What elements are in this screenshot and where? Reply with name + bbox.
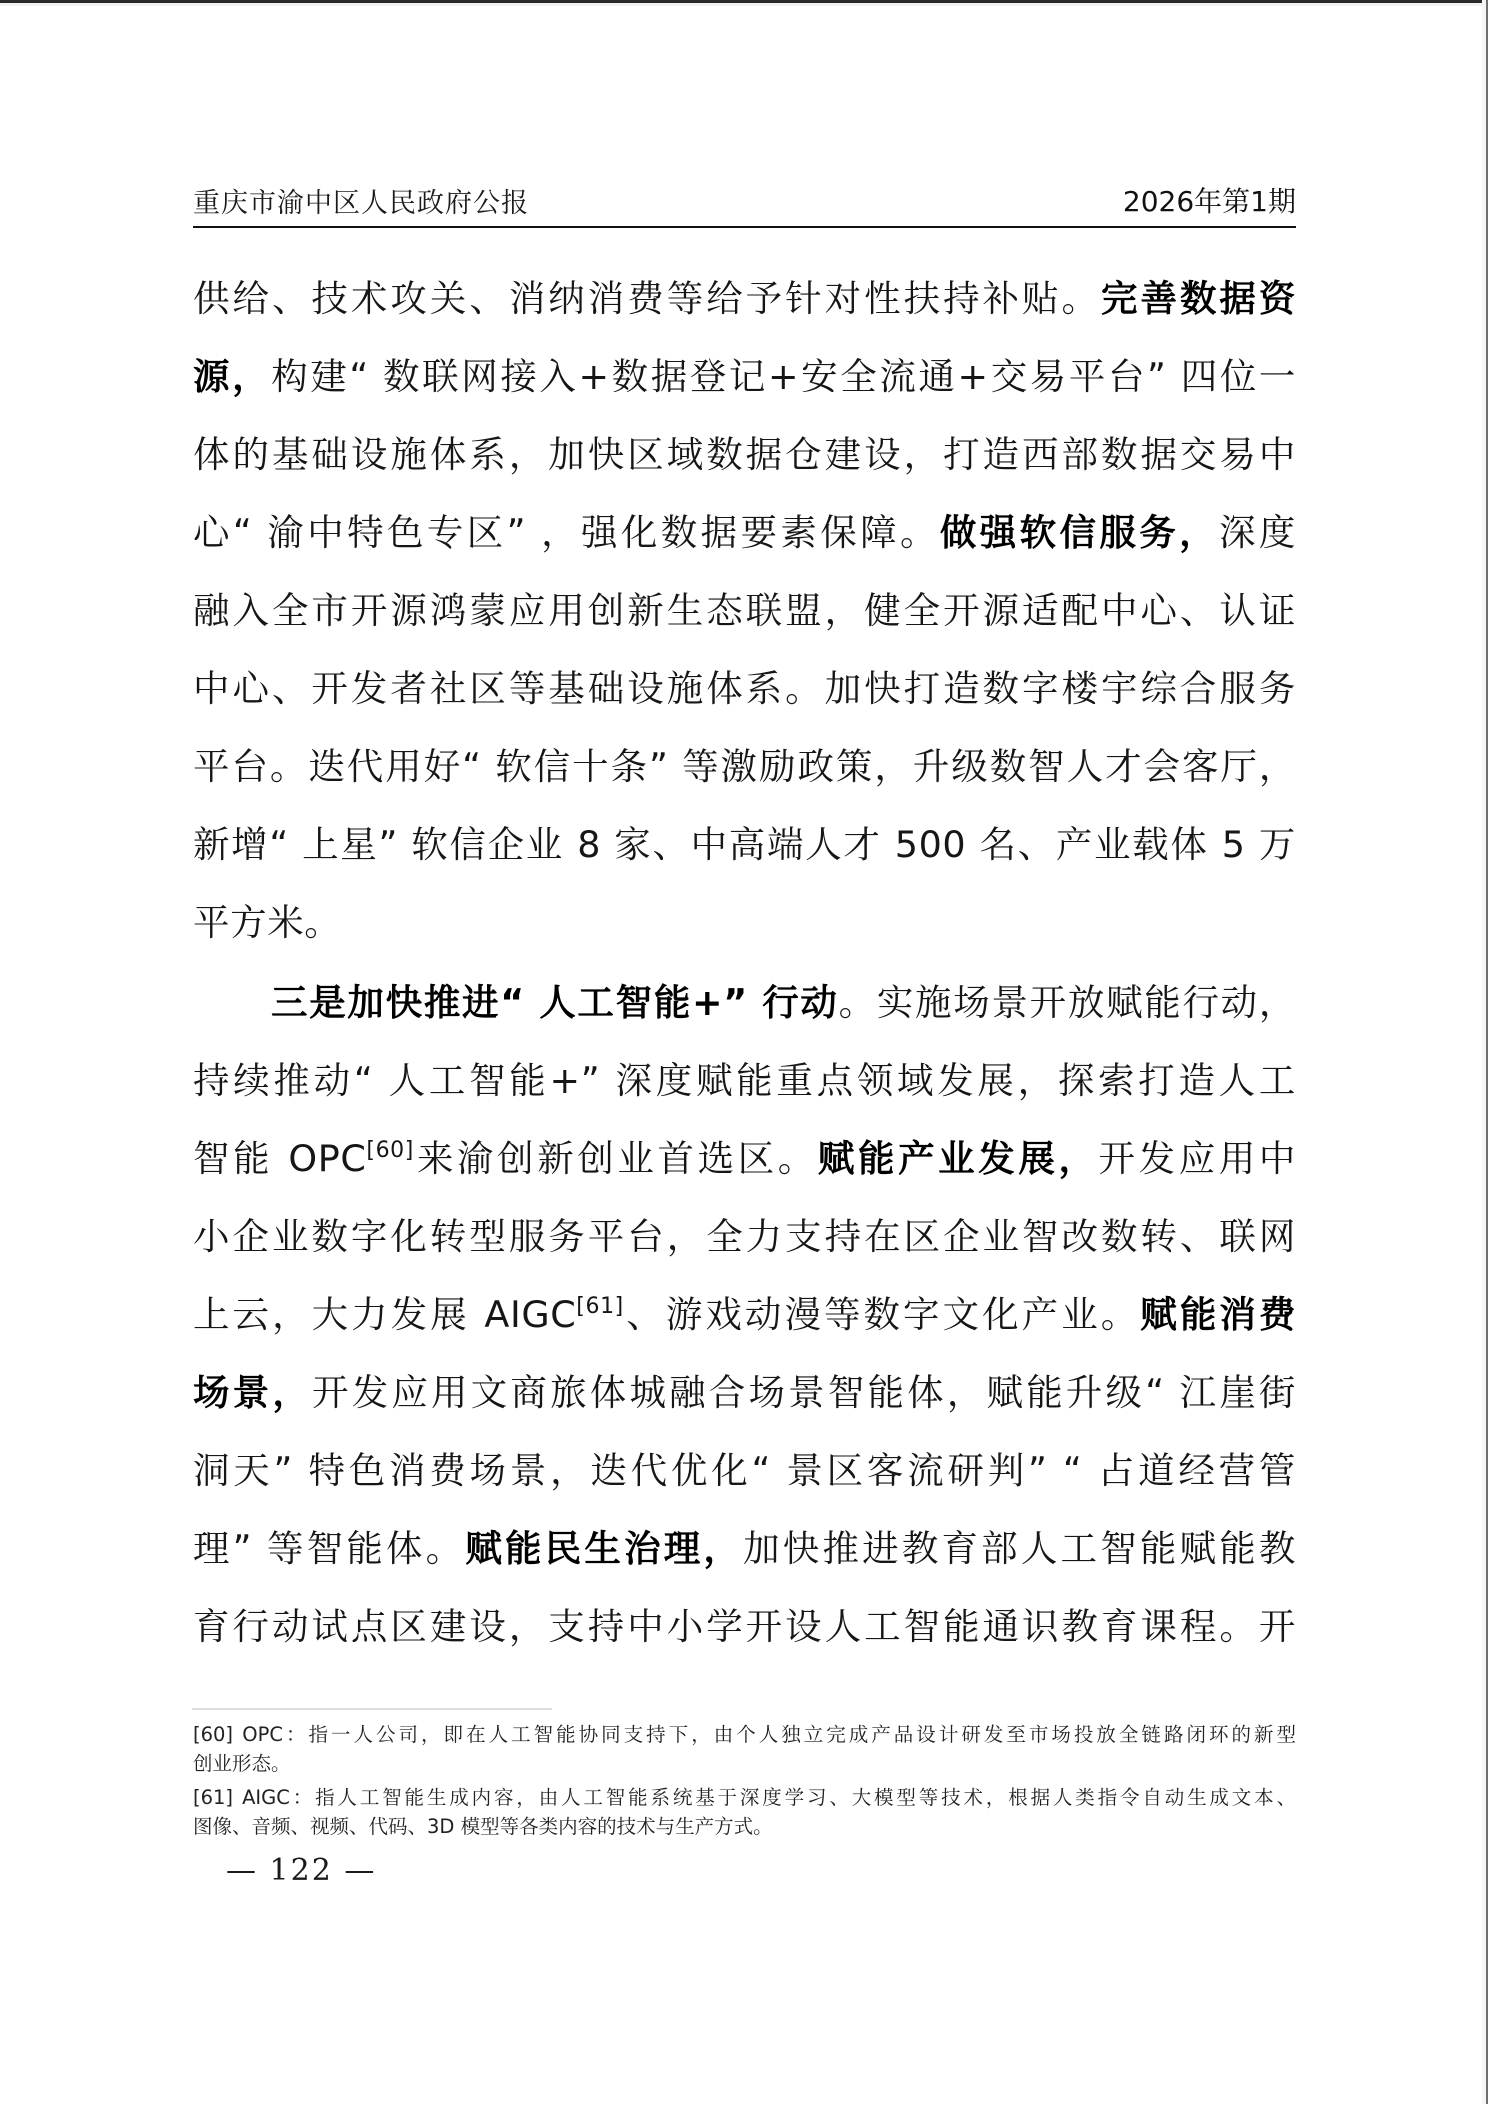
body-line: 中心、开发者社区等基础设施体系。加快打造数字楼宇综合服务 xyxy=(193,659,1296,719)
body-text: 加快推进教育部人工智能赋能教 xyxy=(743,1527,1296,1570)
page-top-border-shadow xyxy=(0,3,1488,6)
bold-lead-phrase: 赋能民生治理， xyxy=(465,1527,743,1570)
body-text: 平台。迭代用好“ 软信十条” 等激励政策，升级数智人才会客厅， xyxy=(193,745,1296,788)
body-text: 供给、技术攻关、消纳消费等给予针对性扶持补贴。 xyxy=(193,277,1101,320)
footnote-60-line-2: 创业形态。 xyxy=(193,1750,1296,1777)
body-line: 体的基础设施体系，加快区域数据仓建设，打造西部数据交易中 xyxy=(193,425,1296,485)
bold-lead-phrase: 场景， xyxy=(193,1371,312,1414)
running-header: 重庆市渝中区人民政府公报 2026年第1期 xyxy=(193,180,1296,226)
page-number: — 122 — xyxy=(226,1853,376,1888)
body-line: 融入全市开源鸿蒙应用创新生态联盟，健全开源适配中心、认证 xyxy=(193,581,1296,641)
footnote-61-line-1: [61] AIGC：指人工智能生成内容，由人工智能系统基于深度学习、大模型等技术… xyxy=(193,1784,1296,1811)
header-rule xyxy=(193,226,1296,228)
bold-lead-phrase: 做强软信服务， xyxy=(940,511,1219,554)
body-text: 、游戏动漫等数字文化产业。 xyxy=(624,1293,1140,1336)
body-text: 小企业数字化转型服务平台，全力支持在区企业智改数转、联网 xyxy=(193,1215,1296,1258)
body-line: 智能 OPC[60]来渝创新创业首选区。赋能产业发展，开发应用中 xyxy=(193,1129,1296,1189)
body-line: 心“ 渝中特色专区” ，强化数据要素保障。做强软信服务，深度 xyxy=(193,503,1296,563)
body-text: 开发应用中 xyxy=(1099,1137,1296,1180)
bold-lead-phrase: 完善数据资 xyxy=(1101,277,1296,320)
body-line: 洞天” 特色消费场景，迭代优化“ 景区客流研判” “ 占道经营管 xyxy=(193,1441,1296,1501)
bold-lead-phrase: 三是加快推进“ 人工智能+” 行动 xyxy=(271,981,839,1024)
body-text: 中心、开发者社区等基础设施体系。加快打造数字楼宇综合服务 xyxy=(193,667,1296,710)
body-text: 。实施场景开放赋能行动， xyxy=(839,981,1296,1024)
body-line-paragraph-start: 三是加快推进“ 人工智能+” 行动。实施场景开放赋能行动， xyxy=(193,973,1296,1033)
body-text: 心“ 渝中特色专区” ，强化数据要素保障。 xyxy=(193,511,940,554)
body-text: 体的基础设施体系，加快区域数据仓建设，打造西部数据交易中 xyxy=(193,433,1296,476)
footnote-reference: [61] xyxy=(576,1294,624,1319)
body-text: 平方米。 xyxy=(193,901,341,944)
footnote-60-line-1: [60] OPC：指一人公司，即在人工智能协同支持下，由个人独立完成产品设计研发… xyxy=(193,1721,1296,1748)
footnote-reference: [60] xyxy=(366,1138,414,1163)
body-text: 智能 OPC xyxy=(193,1137,366,1180)
body-text: 深度 xyxy=(1219,511,1296,554)
body-line: 源，构建“ 数联网接入+数据登记+安全流通+交易平台” 四位一 xyxy=(193,347,1296,407)
publication-title: 重庆市渝中区人民政府公报 xyxy=(193,181,529,220)
body-line: 小企业数字化转型服务平台，全力支持在区企业智改数转、联网 xyxy=(193,1207,1296,1267)
footnote-separator xyxy=(192,1708,552,1710)
issue-number: 2026年第1期 xyxy=(1123,180,1296,220)
bold-lead-phrase: 源， xyxy=(193,355,271,398)
body-text: 洞天” 特色消费场景，迭代优化“ 景区客流研判” “ 占道经营管 xyxy=(193,1449,1296,1492)
body-text: 构建“ 数联网接入+数据登记+安全流通+交易平台” 四位一 xyxy=(271,355,1296,398)
footnote-61-line-2: 图像、音频、视频、代码、3D 模型等各类内容的技术与生产方式。 xyxy=(193,1813,1296,1840)
body-text: 开发应用文商旅体城融合场景智能体，赋能升级“ 江崖街 xyxy=(312,1371,1296,1414)
body-text: 育行动试点区建设，支持中小学开设人工智能通识教育课程。开 xyxy=(193,1605,1296,1648)
body-line: 平台。迭代用好“ 软信十条” 等激励政策，升级数智人才会客厅， xyxy=(193,737,1296,797)
body-line: 持续推动“ 人工智能+” 深度赋能重点领域发展，探索打造人工 xyxy=(193,1051,1296,1111)
body-text: 持续推动“ 人工智能+” 深度赋能重点领域发展，探索打造人工 xyxy=(193,1059,1296,1102)
bold-lead-phrase: 赋能消费 xyxy=(1140,1293,1296,1336)
body-line: 平方米。 xyxy=(193,893,1296,953)
body-line: 上云，大力发展 AIGC[61]、游戏动漫等数字文化产业。赋能消费 xyxy=(193,1285,1296,1345)
body-line: 理” 等智能体。赋能民生治理，加快推进教育部人工智能赋能教 xyxy=(193,1519,1296,1579)
body-line: 供给、技术攻关、消纳消费等给予针对性扶持补贴。完善数据资 xyxy=(193,269,1296,329)
body-text: 来渝创新创业首选区。 xyxy=(414,1137,818,1180)
body-text: 新增“ 上星” 软信企业 8 家、中高端人才 500 名、产业载体 5 万 xyxy=(193,823,1296,866)
body-text: 融入全市开源鸿蒙应用创新生态联盟，健全开源适配中心、认证 xyxy=(193,589,1296,632)
body-line: 育行动试点区建设，支持中小学开设人工智能通识教育课程。开 xyxy=(193,1597,1296,1657)
body-text: 理” 等智能体。 xyxy=(193,1527,465,1570)
body-line: 新增“ 上星” 软信企业 8 家、中高端人才 500 名、产业载体 5 万 xyxy=(193,815,1296,875)
bold-lead-phrase: 赋能产业发展， xyxy=(818,1137,1099,1180)
body-line: 场景，开发应用文商旅体城融合场景智能体，赋能升级“ 江崖街 xyxy=(193,1363,1296,1423)
body-text: 上云，大力发展 AIGC xyxy=(193,1293,576,1336)
